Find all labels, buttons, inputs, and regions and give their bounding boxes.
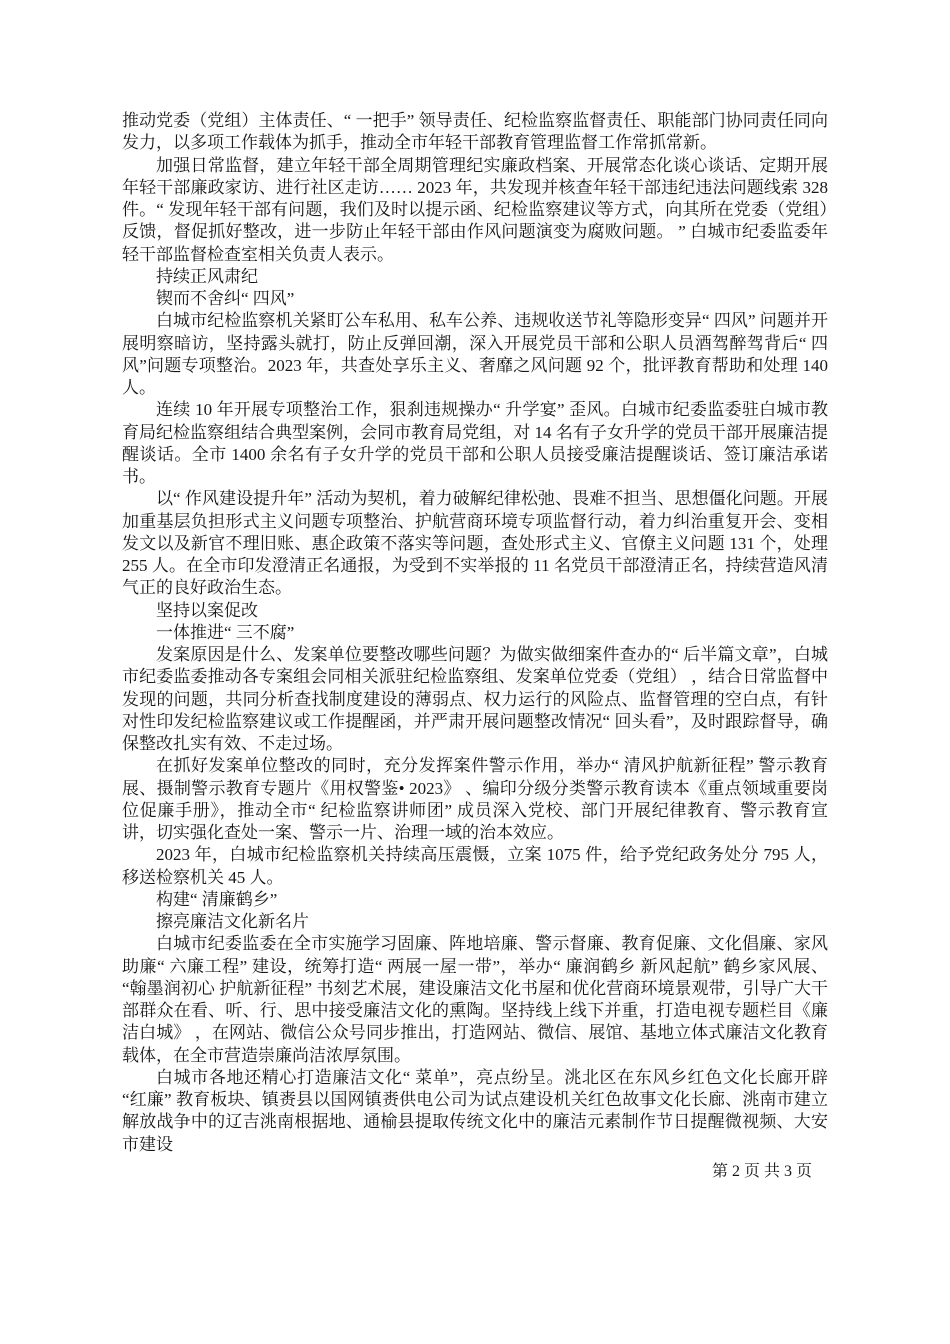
body-paragraph: 加强日常监督，建立年轻干部全周期管理纪实廉政档案、开展常态化谈心谈话、定期开展年…	[122, 155, 828, 266]
document-body: 推动党委（党组）主体责任、“ 一把手” 领导责任、纪检监察监督责任、职能部门协同…	[122, 110, 828, 1156]
body-paragraph: 白城市纪检监察机关紧盯公车私用、私车公养、违规收送节礼等隐形变异“ 四风” 问题…	[122, 310, 828, 399]
body-paragraph: 在抓好发案单位整改的同时，充分发挥案件警示作用，举办“ 清风护航新征程” 警示教…	[122, 755, 828, 844]
section-subheading: 擦亮廉洁文化新名片	[122, 911, 828, 933]
body-paragraph: 2023 年，白城市纪检监察机关持续高压震慑，立案 1075 件，给予党纪政务处…	[122, 844, 828, 889]
body-paragraph: 连续 10 年开展专项整治工作，狠刹违规操办“ 升学宴” 歪风。白城市纪委监委驻…	[122, 399, 828, 488]
section-subheading: 坚持以案促改	[122, 600, 828, 622]
body-paragraph: 白城市纪委监委在全市实施学习固廉、阵地培廉、警示督廉、教育促廉、文化倡廉、家风助…	[122, 933, 828, 1067]
section-subheading: 持续正风肃纪	[122, 266, 828, 288]
body-paragraph: 发案原因是什么、发案单位要整改哪些问题？为做实做细案件查办的“ 后半篇文章”，白…	[122, 644, 828, 755]
page-number-footer: 第 2 页 共 3 页	[712, 1161, 812, 1183]
section-subheading: 一体推进“ 三不腐”	[122, 622, 828, 644]
body-paragraph: 推动党委（党组）主体责任、“ 一把手” 领导责任、纪检监察监督责任、职能部门协同…	[122, 110, 828, 155]
document-page: 推动党委（党组）主体责任、“ 一把手” 领导责任、纪检监察监督责任、职能部门协同…	[0, 0, 950, 1344]
body-paragraph: 以“ 作风建设提升年” 活动为契机，着力破解纪律松弛、畏难不担当、思想僵化问题。…	[122, 488, 828, 599]
section-subheading: 锲而不舍纠“ 四风”	[122, 288, 828, 310]
section-subheading: 构建“ 清廉鹤乡”	[122, 889, 828, 911]
body-paragraph: 白城市各地还精心打造廉洁文化“ 菜单”，亮点纷呈。洮北区在东风乡红色文化长廊开辟…	[122, 1067, 828, 1156]
